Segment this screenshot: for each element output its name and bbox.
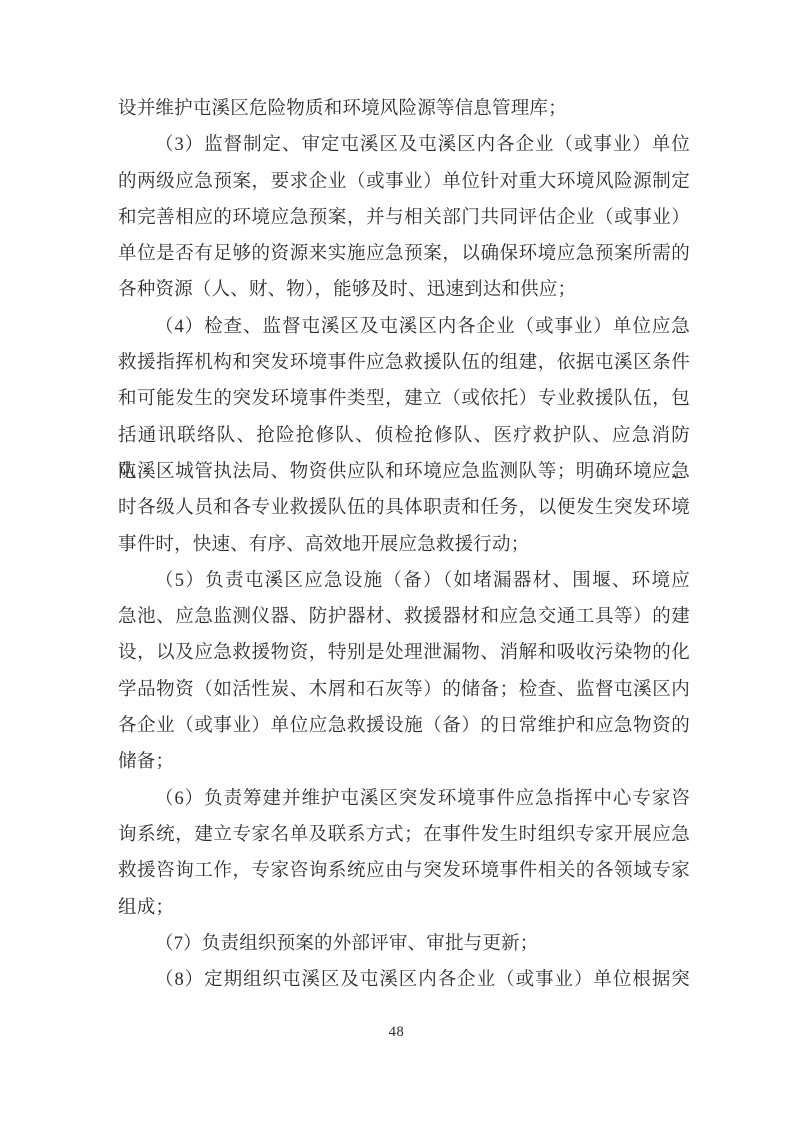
text-line: 括通讯联络队、抢险抢修队、侦检抢修队、医疗救护队、应急消防队、 bbox=[118, 418, 690, 454]
text-line: 各种资源（人、财、物），能够及时、迅速到达和供应； bbox=[118, 272, 690, 308]
text-line: 救援咨询工作，专家咨询系统应由与突发环境事件相关的各领域专家 bbox=[118, 853, 690, 889]
text-line: （5）负责屯溪区应急设施（备）（如堵漏器材、围堰、环境应 bbox=[118, 563, 690, 599]
page-number: 48 bbox=[0, 1024, 793, 1041]
text-line: 屯溪区城管执法局、物资供应队和环境应急监测队等；明确环境应急 bbox=[118, 454, 690, 490]
text-line: 的两级应急预案，要求企业（或事业）单位针对重大环境风险源制定 bbox=[118, 164, 690, 200]
text-line: 设并维护屯溪区危险物质和环境风险源等信息管理库； bbox=[118, 91, 690, 127]
document-page: 设并维护屯溪区危险物质和环境风险源等信息管理库；（3）监督制定、审定屯溪区及屯溪… bbox=[0, 0, 793, 1122]
text-line: （7）负责组织预案的外部评审、审批与更新； bbox=[118, 926, 690, 962]
text-line: 救援指挥机构和突发环境事件应急救援队伍的组建，依据屯溪区条件 bbox=[118, 345, 690, 381]
text-line: 时各级人员和各专业救援队伍的具体职责和任务，以便发生突发环境 bbox=[118, 490, 690, 526]
text-line: （8）定期组织屯溪区及屯溪区内各企业（或事业）单位根据突 bbox=[118, 962, 690, 998]
text-line: 储备； bbox=[118, 744, 690, 780]
text-line: （6）负责筹建并维护屯溪区突发环境事件应急指挥中心专家咨 bbox=[118, 781, 690, 817]
text-line: （4）检查、监督屯溪区及屯溪区内各企业（或事业）单位应急 bbox=[118, 309, 690, 345]
text-line: 询系统，建立专家名单及联系方式；在事件发生时组织专家开展应急 bbox=[118, 817, 690, 853]
text-line: 和可能发生的突发环境事件类型，建立（或依托）专业救援队伍，包 bbox=[118, 381, 690, 417]
text-line: 组成； bbox=[118, 890, 690, 926]
text-line: 单位是否有足够的资源来实施应急预案，以确保环境应急预案所需的 bbox=[118, 236, 690, 272]
text-line: 急池、应急监测仪器、防护器材、救援器材和应急交通工具等）的建 bbox=[118, 599, 690, 635]
text-line: 事件时，快速、有序、高效地开展应急救援行动； bbox=[118, 527, 690, 563]
text-line: 各企业（或事业）单位应急救援设施（备）的日常维护和应急物资的 bbox=[118, 708, 690, 744]
text-line: （3）监督制定、审定屯溪区及屯溪区内各企业（或事业）单位 bbox=[118, 127, 690, 163]
text-block: 设并维护屯溪区危险物质和环境风险源等信息管理库；（3）监督制定、审定屯溪区及屯溪… bbox=[118, 91, 690, 998]
text-line: 和完善相应的环境应急预案，并与相关部门共同评估企业（或事业） bbox=[118, 200, 690, 236]
text-line: 学品物资（如活性炭、木屑和石灰等）的储备；检查、监督屯溪区内 bbox=[118, 672, 690, 708]
text-line: 设，以及应急救援物资，特别是处理泄漏物、消解和吸收污染物的化 bbox=[118, 635, 690, 671]
